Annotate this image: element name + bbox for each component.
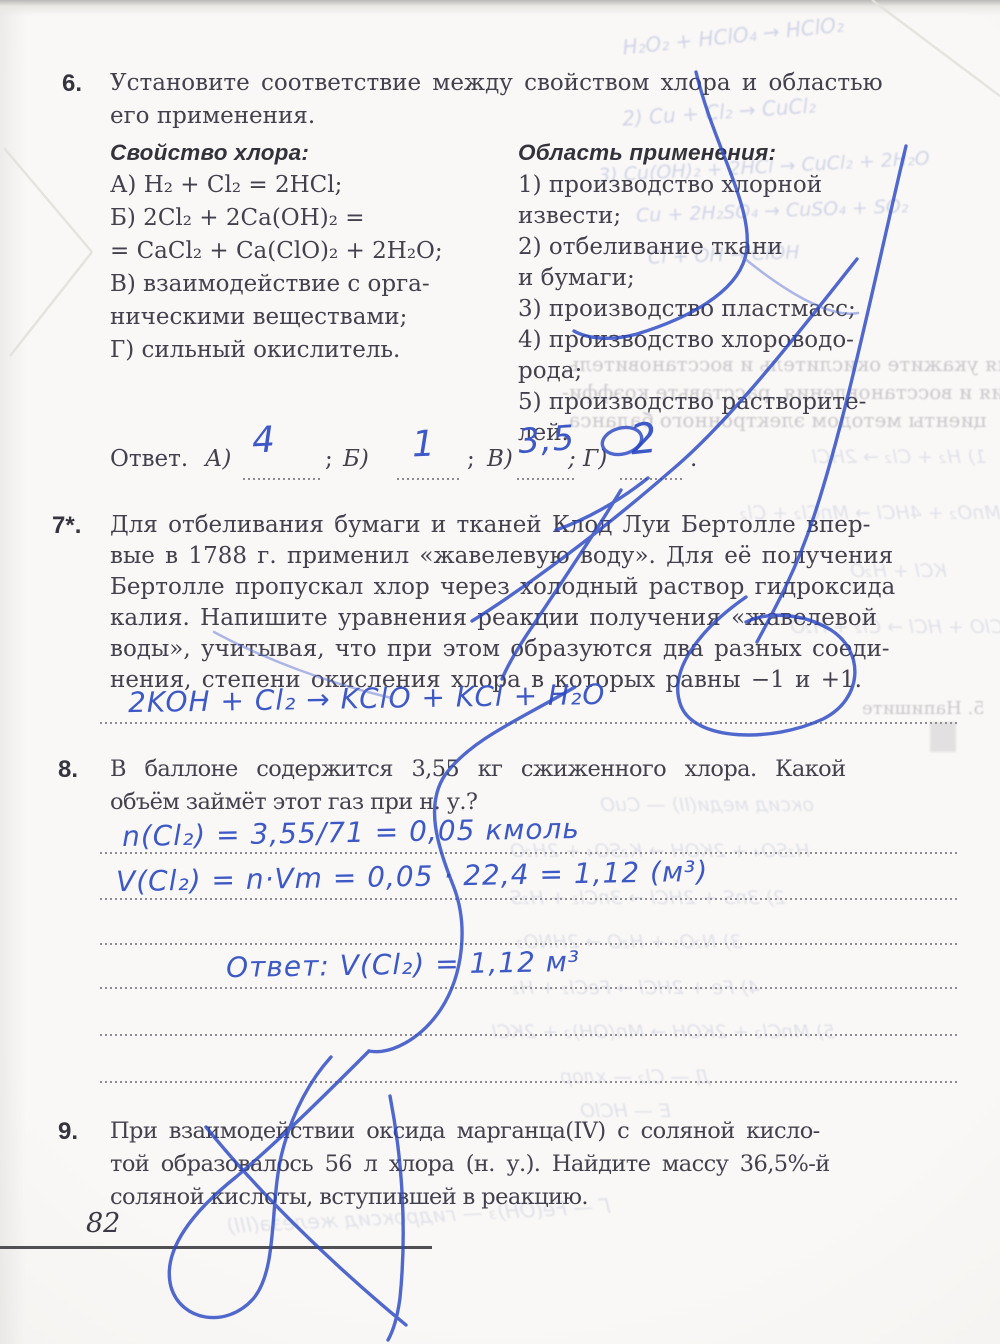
application-item: рода;	[518, 358, 582, 384]
property-item: = CaCl₂ + Ca(ClO)₂ + 2H₂O;	[110, 238, 443, 264]
answer-blank-line	[243, 478, 320, 480]
problem-9-text-line: При взаимодействии оксида марганца(IV) с…	[110, 1118, 820, 1144]
handwritten-answer-line: Ответ: V(Cl₂) = 1,12 м³	[226, 945, 581, 984]
answer-ruled-line	[100, 987, 958, 989]
bleedthrough-text: 1) Н₂ + Сl₂ → 2НСl	[812, 446, 987, 468]
column-header-application: Область применения:	[518, 140, 776, 166]
answer-ruled-line	[100, 898, 958, 900]
property-item: ническими веществами;	[110, 304, 407, 330]
problem-8-text-line: объём займёт этот газ при н. у.?	[110, 789, 477, 815]
bleedthrough-text: Д — Сl₂ — хлор	[560, 1066, 710, 1088]
bleedthrough-text: оксид меди(II) — СuО	[600, 794, 814, 816]
answer-label: Ответ.	[110, 446, 188, 472]
bleedthrough-margin-tab	[930, 722, 956, 752]
application-item: 4) производство хлороводо-	[518, 327, 854, 353]
problem-7-text-line: калия. Напишите уравнения реакции получе…	[110, 605, 877, 631]
page-corner-edge	[872, 0, 1000, 96]
handwritten-answer-v: 3,5	[517, 418, 577, 462]
handwritten-equation: 2KOH + Cl₂ → KClO + KCl + H₂O	[128, 678, 606, 719]
problem-7-text-line: вые в 1788 г. применил «жавелевую воду».…	[110, 543, 893, 569]
answer-a-label: А)	[205, 446, 231, 472]
answer-period: .	[690, 446, 697, 472]
problem-9-text-line: соляной кислоты, вступившей в реакцию.	[110, 1184, 588, 1210]
problem-9-number: 9.	[58, 1118, 78, 1146]
crease-line	[4, 148, 92, 252]
workbook-page-scan: Н₂О₂ + НСlО₄ → НСlО₂ 2) Сu + Сl₂ → СuСl₂…	[0, 0, 1000, 1344]
application-item: 1) производство хлорной	[518, 172, 822, 198]
crease-line	[10, 252, 92, 356]
problem-7-number: 7*.	[52, 512, 81, 540]
page-number: 82	[86, 1208, 120, 1239]
handwritten-answer-a: 4	[251, 419, 277, 461]
application-item: 2) отбеливание ткани	[518, 234, 783, 260]
application-item: и бумаги;	[518, 265, 635, 291]
bleedthrough-text: Для превращения укажите окислитель и вос…	[562, 352, 1000, 376]
problem-8-number: 8.	[58, 756, 78, 784]
answer-ruled-line	[100, 722, 958, 724]
answer-ruled-line	[100, 1034, 958, 1036]
problem-7-text-line: Бертолле пропускал хлор через холодный р…	[110, 574, 895, 600]
problem-6-text-line: Установите соответствие между свойством …	[110, 70, 883, 96]
answer-separator: ;	[325, 446, 333, 472]
problem-7-text-line: Для отбеливания бумаги и тканей Клод Луи…	[110, 512, 870, 538]
answer-separator: ;	[467, 446, 475, 472]
bleedthrough-text: Н₂О₂ + НСlО₄ → НСlО₂	[621, 12, 845, 59]
property-item: Б) 2Cl₂ + 2Ca(OH)₂ =	[110, 205, 365, 231]
answer-ruled-line	[100, 943, 958, 945]
bleedthrough-text: 5. Напишите	[862, 698, 985, 719]
bleedthrough-text: 2) Сu + Сl₂ → СuСl₂	[621, 93, 816, 130]
bleedthrough-text: Сu + 2Н₂SО₄ → СuSО₄ + SО₂	[636, 195, 909, 226]
problem-6-number: 6.	[62, 70, 82, 98]
column-header-property: Свойство хлора:	[110, 140, 309, 166]
answer-b-label: Б)	[343, 446, 369, 472]
bleedthrough-text: 5) МnСl₂ + 2КОН → Мn(ОН)₂ + 2КСl	[492, 1021, 835, 1043]
problem-6-text-line: его применения.	[110, 103, 315, 129]
problem-7-text-line: воды», учитывая, что при этом образуются…	[110, 636, 890, 662]
handwritten-answer-b: 1	[411, 424, 436, 466]
property-item: А) H₂ + Cl₂ = 2HCl;	[110, 172, 342, 198]
problem-8-text-line: В баллоне содержится 3,55 кг сжиженного …	[110, 756, 846, 782]
application-item: извести;	[518, 203, 621, 229]
problem-9-text-line: той образовалось 56 л хлора (н. у.). Най…	[110, 1151, 830, 1177]
answer-ruled-line	[100, 1081, 958, 1083]
property-item: Г) сильный окислитель.	[110, 337, 400, 363]
property-item: В) взаимодействие с орга-	[110, 271, 430, 297]
handwritten-answer-g: 2	[628, 413, 661, 465]
application-item: 3) производство пластмасс;	[518, 296, 856, 322]
answer-blank-line	[517, 478, 577, 480]
answer-v-label: В)	[487, 446, 513, 472]
answer-ruled-line	[100, 852, 958, 854]
answer-blank-line	[620, 478, 683, 480]
application-item: 5) производство растворите-	[518, 389, 866, 415]
answer-blank-line	[397, 478, 462, 480]
footer-rule	[0, 1246, 432, 1249]
